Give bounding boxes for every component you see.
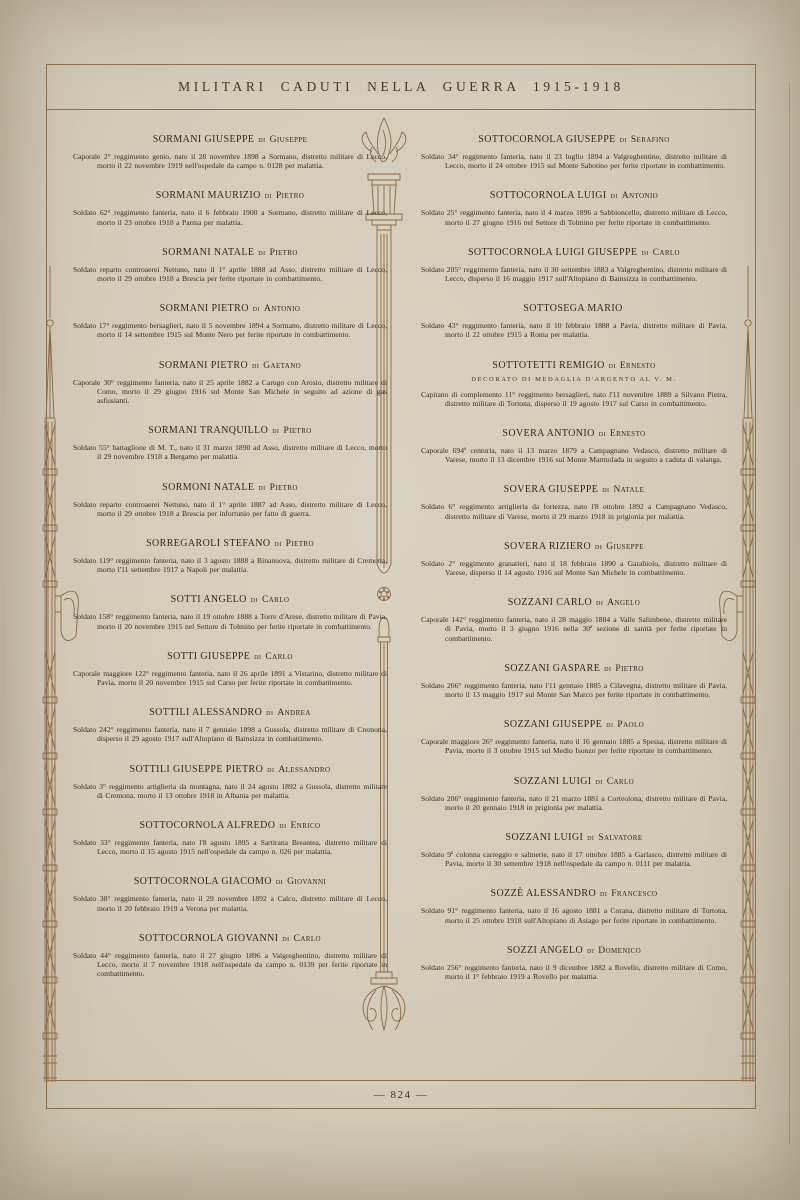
- father-name: Natale: [613, 485, 644, 495]
- soldier-record: Soldato 3° reggimento artiglieria da mon…: [73, 782, 387, 800]
- father-prefix: di: [279, 821, 286, 830]
- soldier-name: SORMANI PIETRO di Antonio: [73, 303, 387, 314]
- soldier-entry: SOTTOCORNOLA LUIGI di Antonio Soldato 25…: [421, 190, 727, 226]
- soldier-entry: SOTTOCORNOLA ALFREDO di Enrico Soldato 3…: [73, 820, 387, 856]
- soldier-entry: SORMONI NATALE di Pietro Soldato reparto…: [73, 482, 387, 518]
- father-name: Pietro: [270, 483, 298, 493]
- father-name: Serafino: [631, 135, 670, 145]
- soldier-record: Soldato 38° reggimento fanteria, nato il…: [73, 894, 387, 912]
- soldier-surname-firstname: SOZZANI CARLO: [508, 597, 592, 608]
- soldier-name: SORMANI NATALE di Pietro: [73, 247, 387, 258]
- soldier-record: Caporale 2° reggimento genio, nato il 28…: [73, 152, 387, 170]
- soldier-name: SOTTILI GIUSEPPE PIETRO di Alessandro: [73, 764, 387, 775]
- page-frame: MILITARI CADUTI NELLA GUERRA 1915-1918 S…: [46, 64, 756, 1109]
- soldier-name: SOZZÈ ALESSANDRO di Francesco: [421, 888, 727, 899]
- soldier-entry: SOZZANI LUIGI di Salvatore Soldato 9ª co…: [421, 832, 727, 868]
- page-header: MILITARI CADUTI NELLA GUERRA 1915-1918: [47, 65, 755, 110]
- soldier-record: Soldato 44° reggimento fanteria, nato il…: [73, 951, 387, 979]
- father-prefix: di: [587, 833, 594, 842]
- soldier-record: Soldato reparto controaerei Nettuno, nat…: [73, 265, 387, 283]
- soldier-entry: SOTTILI GIUSEPPE PIETRO di Alessandro So…: [73, 764, 387, 800]
- soldier-entry: SORREGAROLI STEFANO di Pietro Soldato 11…: [73, 538, 387, 574]
- soldier-record: Soldato 33° reggimento fanteria, nato l'…: [73, 838, 387, 856]
- soldier-entry: SOVERA GIUSEPPE di Natale Soldato 6° reg…: [421, 484, 727, 520]
- soldier-name: SORREGAROLI STEFANO di Pietro: [73, 538, 387, 549]
- soldier-name: SOTTOCORNOLA GIUSEPPE di Serafino: [421, 134, 727, 145]
- soldier-surname-firstname: SOTTOSEGA MARIO: [523, 303, 622, 314]
- father-prefix: di: [595, 777, 602, 786]
- father-name: Andrea: [277, 708, 310, 718]
- soldier-surname-firstname: SOTTOCORNOLA GIUSEPPE: [478, 134, 615, 145]
- soldier-record: Capitano di complemento 11° reggimento b…: [421, 390, 727, 408]
- father-name: Giuseppe: [606, 542, 644, 552]
- soldier-surname-firstname: SOZZANI GIUSEPPE: [504, 719, 602, 730]
- soldier-surname-firstname: SORMANI MAURIZIO: [156, 190, 261, 201]
- father-prefix: di: [609, 361, 616, 370]
- soldier-entry: SOZZANI CARLO di Angelo Caporale 142° re…: [421, 597, 727, 643]
- father-name: Giuseppe: [270, 135, 308, 145]
- soldier-record: Soldato reparto controaerei Nettuno, nat…: [73, 500, 387, 518]
- father-prefix: di: [274, 539, 281, 548]
- soldier-entry: SOZZI ANGELO di Domenico Soldato 256° re…: [421, 945, 727, 981]
- soldier-surname-firstname: SOTTOCORNOLA LUIGI GIUSEPPE: [468, 247, 638, 258]
- father-prefix: di: [600, 889, 607, 898]
- father-prefix: di: [641, 248, 648, 257]
- soldier-surname-firstname: SOZZI ANGELO: [507, 945, 583, 956]
- column-left: SORMANI GIUSEPPE di Giuseppe Caporale 2°…: [73, 110, 387, 999]
- soldier-surname-firstname: SOVERA GIUSEPPE: [504, 484, 599, 495]
- soldier-record: Soldato 91° reggimento fanteria, nato il…: [421, 906, 727, 924]
- decoration-note: DECORATO DI MEDAGLIA D'ARGENTO AL V. M.: [421, 376, 727, 383]
- soldier-name: SOZZANI LUIGI di Carlo: [421, 776, 727, 787]
- soldier-entry: SOZZÈ ALESSANDRO di Francesco Soldato 91…: [421, 888, 727, 924]
- father-name: Carlo: [607, 777, 634, 787]
- father-name: Ernesto: [620, 361, 656, 371]
- father-name: Enrico: [291, 821, 321, 831]
- father-prefix: di: [258, 483, 265, 492]
- soldier-entry: SOTTOCORNOLA GIOVANNI di Carlo Soldato 4…: [73, 933, 387, 979]
- soldier-surname-firstname: SOZZANI GASPARE: [504, 663, 600, 674]
- soldier-surname-firstname: SOZZANI LUIGI: [514, 776, 592, 787]
- soldier-name: SOZZANI GIUSEPPE di Paolo: [421, 719, 727, 730]
- soldier-surname-firstname: SORMANI TRANQUILLO: [148, 425, 268, 436]
- father-name: Salvatore: [598, 833, 642, 843]
- soldier-record: Caporale 142° reggimento fanteria, nato …: [421, 615, 727, 643]
- soldier-surname-firstname: SOTTOCORNOLA LUIGI: [490, 190, 607, 201]
- soldier-name: SOVERA GIUSEPPE di Natale: [421, 484, 727, 495]
- father-prefix: di: [265, 191, 272, 200]
- soldier-record: Soldato 17° reggimento bersaglieri, nato…: [73, 321, 387, 339]
- soldier-record: Caporale maggiore 26° reggimento fanteri…: [421, 737, 727, 755]
- father-name: Carlo: [265, 652, 292, 662]
- father-prefix: di: [258, 135, 265, 144]
- father-prefix: di: [596, 598, 603, 607]
- father-name: Ernesto: [610, 429, 646, 439]
- soldier-record: Caporale 694ª centuria, nato il 13 marzo…: [421, 446, 727, 464]
- soldier-entry: SOTTI ANGELO di Carlo Soldato 158° reggi…: [73, 594, 387, 630]
- soldier-record: Soldato 119° reggimento fanteria, nato i…: [73, 556, 387, 574]
- father-name: Pietro: [283, 426, 311, 436]
- father-name: Pietro: [615, 664, 643, 674]
- soldier-surname-firstname: SOTTILI GIUSEPPE PIETRO: [130, 764, 264, 775]
- soldier-surname-firstname: SORMANI NATALE: [162, 247, 254, 258]
- soldier-record: Soldato 9ª colonna carreggio e salmerie,…: [421, 850, 727, 868]
- soldier-entry: SOTTOCORNOLA GIUSEPPE di Serafino Soldat…: [421, 134, 727, 170]
- father-name: Domenico: [598, 946, 641, 956]
- father-name: Carlo: [294, 934, 321, 944]
- soldier-entry: SORMANI MAURIZIO di Pietro Soldato 62° r…: [73, 190, 387, 226]
- soldier-surname-firstname: SOVERA RIZIERO: [504, 541, 591, 552]
- book-page-edge: [789, 82, 790, 1144]
- soldier-record: Soldato 206° reggimento fanteria, nato i…: [421, 794, 727, 812]
- soldier-surname-firstname: SOVERA ANTONIO: [502, 428, 594, 439]
- soldier-entry: SORMANI PIETRO di Gaetano Caporale 30° r…: [73, 360, 387, 406]
- father-name: Carlo: [653, 248, 680, 258]
- page-footer: — 824 —: [47, 1080, 755, 1108]
- father-prefix: di: [606, 720, 613, 729]
- soldier-name: SOVERA RIZIERO di Giuseppe: [421, 541, 727, 552]
- soldier-record: Soldato 158° reggimento fanteria, nato i…: [73, 612, 387, 630]
- soldier-name: SORMANI MAURIZIO di Pietro: [73, 190, 387, 201]
- soldier-surname-firstname: SOZZÈ ALESSANDRO: [491, 888, 597, 899]
- father-name: Alessandro: [278, 765, 330, 775]
- soldier-record: Caporale 30° reggimento fanteria, nato i…: [73, 378, 387, 406]
- soldier-entry: SORMANI GIUSEPPE di Giuseppe Caporale 2°…: [73, 134, 387, 170]
- soldier-entry: SORMANI PIETRO di Antonio Soldato 17° re…: [73, 303, 387, 339]
- soldier-record: Soldato 206° reggimento fanteria, nato l…: [421, 681, 727, 699]
- soldier-name: SOTTOTETTI REMIGIO di Ernesto: [421, 360, 727, 371]
- soldier-entry: SOTTI GIUSEPPE di Carlo Caporale maggior…: [73, 651, 387, 687]
- father-prefix: di: [587, 946, 594, 955]
- soldier-name: SOTTILI ALESSANDRO di Andrea: [73, 707, 387, 718]
- father-prefix: di: [266, 708, 273, 717]
- father-prefix: di: [611, 191, 618, 200]
- soldier-entry: SOTTOSEGA MARIO Soldato 43° reggimento f…: [421, 303, 727, 339]
- father-prefix: di: [272, 426, 279, 435]
- soldier-surname-firstname: SORMANI GIUSEPPE: [153, 134, 255, 145]
- soldier-name: SOTTOCORNOLA LUIGI di Antonio: [421, 190, 727, 201]
- soldier-entry: SORMANI TRANQUILLO di Pietro Soldato 55°…: [73, 425, 387, 461]
- father-prefix: di: [251, 595, 258, 604]
- father-name: Angelo: [607, 598, 640, 608]
- soldier-name: SOTTI ANGELO di Carlo: [73, 594, 387, 605]
- father-name: Antonio: [622, 191, 658, 201]
- soldier-entry: SOTTILI ALESSANDRO di Andrea Soldato 242…: [73, 707, 387, 743]
- soldier-name: SOZZI ANGELO di Domenico: [421, 945, 727, 956]
- column-right: SOTTOCORNOLA GIUSEPPE di Serafino Soldat…: [421, 110, 727, 1001]
- soldier-record: Soldato 6° reggimento artiglieria da for…: [421, 502, 727, 520]
- soldier-name: SOZZANI GASPARE di Pietro: [421, 663, 727, 674]
- soldier-name: SOVERA ANTONIO di Ernesto: [421, 428, 727, 439]
- soldier-surname-firstname: SOTTOCORNOLA ALFREDO: [139, 820, 275, 831]
- soldier-surname-firstname: SORREGAROLI STEFANO: [146, 538, 270, 549]
- soldier-name: SORMONI NATALE di Pietro: [73, 482, 387, 493]
- soldier-record: Soldato 2° reggimento granatieri, nato i…: [421, 559, 727, 577]
- father-prefix: di: [252, 361, 259, 370]
- father-prefix: di: [258, 248, 265, 257]
- soldier-entry: SOTTOCORNOLA GIACOMO di Giovanni Soldato…: [73, 876, 387, 912]
- soldier-surname-firstname: SOTTOTETTI REMIGIO: [492, 360, 604, 371]
- father-name: Paolo: [617, 720, 644, 730]
- soldier-name: SOZZANI LUIGI di Salvatore: [421, 832, 727, 843]
- page-title: MILITARI CADUTI NELLA GUERRA 1915-1918: [178, 79, 624, 95]
- soldier-record: Soldato 43° reggimento fanteria, nato il…: [421, 321, 727, 339]
- soldier-record: Soldato 62° reggimento fanteria, nato il…: [73, 208, 387, 226]
- soldier-entry: SOVERA ANTONIO di Ernesto Caporale 694ª …: [421, 428, 727, 464]
- soldier-entry: SOVERA RIZIERO di Giuseppe Soldato 2° re…: [421, 541, 727, 577]
- father-name: Carlo: [262, 595, 289, 605]
- father-name: Pietro: [286, 539, 314, 549]
- soldier-surname-firstname: SORMANI PIETRO: [160, 303, 249, 314]
- soldier-entry: SOTTOTETTI REMIGIO di Ernesto DECORATO D…: [421, 360, 727, 408]
- soldier-name: SOTTOSEGA MARIO: [421, 303, 727, 314]
- father-prefix: di: [253, 304, 260, 313]
- father-name: Pietro: [276, 191, 304, 201]
- soldier-name: SORMANI TRANQUILLO di Pietro: [73, 425, 387, 436]
- soldier-entry: SOTTOCORNOLA LUIGI GIUSEPPE di Carlo Sol…: [421, 247, 727, 283]
- father-prefix: di: [604, 664, 611, 673]
- father-prefix: di: [599, 429, 606, 438]
- soldier-surname-firstname: SOTTI GIUSEPPE: [167, 651, 250, 662]
- soldier-record: Soldato 242° reggimento fanteria, nato i…: [73, 725, 387, 743]
- father-prefix: di: [276, 877, 283, 886]
- soldier-entry: SOZZANI GASPARE di Pietro Soldato 206° r…: [421, 663, 727, 699]
- soldier-record: Soldato 55° battaglione di M. T., nato i…: [73, 443, 387, 461]
- father-prefix: di: [595, 542, 602, 551]
- page-number: — 824 —: [374, 1089, 429, 1101]
- soldier-record: Soldato 25° reggimento fanteria, nato il…: [421, 208, 727, 226]
- father-prefix: di: [602, 485, 609, 494]
- soldier-name: SOTTOCORNOLA GIOVANNI di Carlo: [73, 933, 387, 944]
- soldier-surname-firstname: SOZZANI LUIGI: [506, 832, 584, 843]
- soldier-name: SOTTOCORNOLA GIACOMO di Giovanni: [73, 876, 387, 887]
- soldier-record: Soldato 205° reggimento fanteria, nato i…: [421, 265, 727, 283]
- father-prefix: di: [254, 652, 261, 661]
- father-name: Francesco: [611, 889, 657, 899]
- soldier-name: SOTTOCORNOLA LUIGI GIUSEPPE di Carlo: [421, 247, 727, 258]
- soldier-surname-firstname: SORMONI NATALE: [162, 482, 254, 493]
- soldier-surname-firstname: SOTTILI ALESSANDRO: [149, 707, 262, 718]
- soldier-name: SOZZANI CARLO di Angelo: [421, 597, 727, 608]
- soldier-entry: SORMANI NATALE di Pietro Soldato reparto…: [73, 247, 387, 283]
- father-prefix: di: [620, 135, 627, 144]
- father-name: Gaetano: [263, 361, 301, 371]
- soldier-record: Soldato 34° reggimento fanteria, nato il…: [421, 152, 727, 170]
- soldier-surname-firstname: SOTTI ANGELO: [171, 594, 247, 605]
- soldier-surname-firstname: SOTTOCORNOLA GIOVANNI: [139, 933, 278, 944]
- soldier-record: Caporale maggiore 122° reggimento fanter…: [73, 669, 387, 687]
- soldier-record: Soldato 256° reggimento fanteria, nato i…: [421, 963, 727, 981]
- father-prefix: di: [282, 934, 289, 943]
- father-name: Giovanni: [287, 877, 326, 887]
- soldier-name: SORMANI GIUSEPPE di Giuseppe: [73, 134, 387, 145]
- soldier-name: SOTTOCORNOLA ALFREDO di Enrico: [73, 820, 387, 831]
- soldier-entry: SOZZANI GIUSEPPE di Paolo Caporale maggi…: [421, 719, 727, 755]
- soldier-surname-firstname: SOTTOCORNOLA GIACOMO: [134, 876, 272, 887]
- soldier-name: SORMANI PIETRO di Gaetano: [73, 360, 387, 371]
- soldier-name: SOTTI GIUSEPPE di Carlo: [73, 651, 387, 662]
- soldier-entry: SOZZANI LUIGI di Carlo Soldato 206° regg…: [421, 776, 727, 812]
- soldier-surname-firstname: SORMANI PIETRO: [159, 360, 248, 371]
- father-prefix: di: [267, 765, 274, 774]
- father-name: Antonio: [264, 304, 300, 314]
- father-name: Pietro: [270, 248, 298, 258]
